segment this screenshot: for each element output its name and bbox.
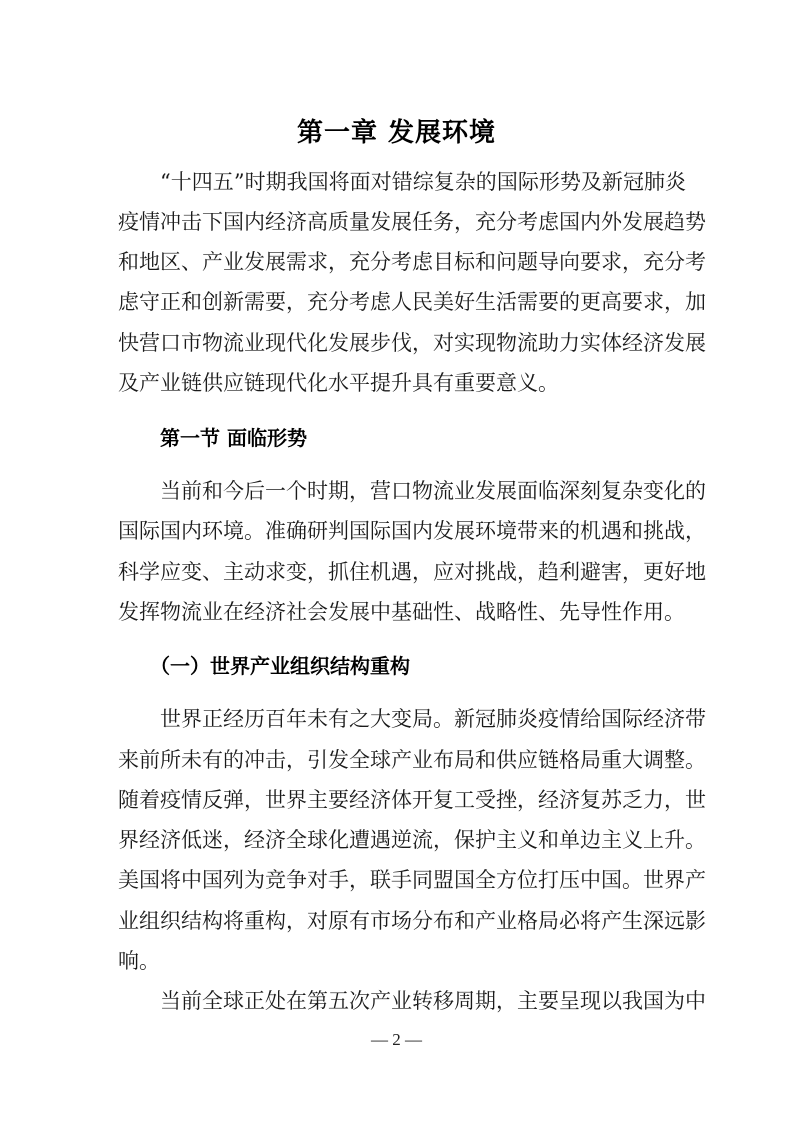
- chapter-title: 第一章 发展环境: [0, 112, 793, 149]
- document-page: 第一章 发展环境 “十四五”时期我国将面对错综复杂的国际形势及新冠肺炎 疫情冲击…: [0, 0, 793, 1122]
- paragraph-line: “十四五”时期我国将面对错综复杂的国际形势及新冠肺炎: [160, 168, 686, 196]
- page-number: — 2 —: [0, 1030, 793, 1050]
- paragraph-line: 发挥物流业在经济社会发展中基础性、战略性、先导性作用。: [118, 598, 686, 626]
- paragraph-line: 美国将中国列为竞争对手，联手同盟国全方位打压中国。世界产: [118, 866, 686, 894]
- paragraph-line: 及产业链供应链现代化水平提升具有重要意义。: [118, 369, 686, 397]
- paragraph-line: 国际国内环境。准确研判国际国内发展环境带来的机遇和挑战，: [118, 517, 686, 545]
- paragraph-line: 来前所未有的冲击，引发全球产业布局和供应链格局重大调整。: [118, 746, 686, 774]
- paragraph-line: 虑守正和创新需要，充分考虑人民美好生活需要的更高要求，加: [118, 288, 686, 316]
- sub-heading: （一）世界产业组织结构重构: [150, 650, 410, 679]
- section-heading: 第一节 面临形势: [160, 422, 307, 451]
- paragraph-line: 世界正经历百年未有之大变局。新冠肺炎疫情给国际经济带: [160, 705, 686, 733]
- paragraph-line: 随着疫情反弹，世界主要经济体开复工受挫，经济复苏乏力，世: [118, 786, 686, 814]
- paragraph-line: 快营口市物流业现代化发展步伐，对实现物流助力实体经济发展: [118, 329, 686, 357]
- paragraph-line: 和地区、产业发展需求，充分考虑目标和问题导向要求，充分考: [118, 248, 686, 276]
- paragraph-line: 当前和今后一个时期，营口物流业发展面临深刻复杂变化的: [160, 477, 686, 505]
- paragraph-line: 业组织结构将重构，对原有市场分布和产业格局必将产生深远影: [118, 907, 686, 935]
- paragraph-line: 响。: [118, 947, 686, 975]
- paragraph-line: 当前全球正处在第五次产业转移周期，主要呈现以我国为中: [160, 987, 686, 1015]
- paragraph-line: 疫情冲击下国内经济高质量发展任务，充分考虑国内外发展趋势: [118, 208, 686, 236]
- paragraph-line: 界经济低迷，经济全球化遭遇逆流，保护主义和单边主义上升。: [118, 826, 686, 854]
- paragraph-line: 科学应变、主动求变，抓住机遇，应对挑战，趋利避害，更好地: [118, 558, 686, 586]
